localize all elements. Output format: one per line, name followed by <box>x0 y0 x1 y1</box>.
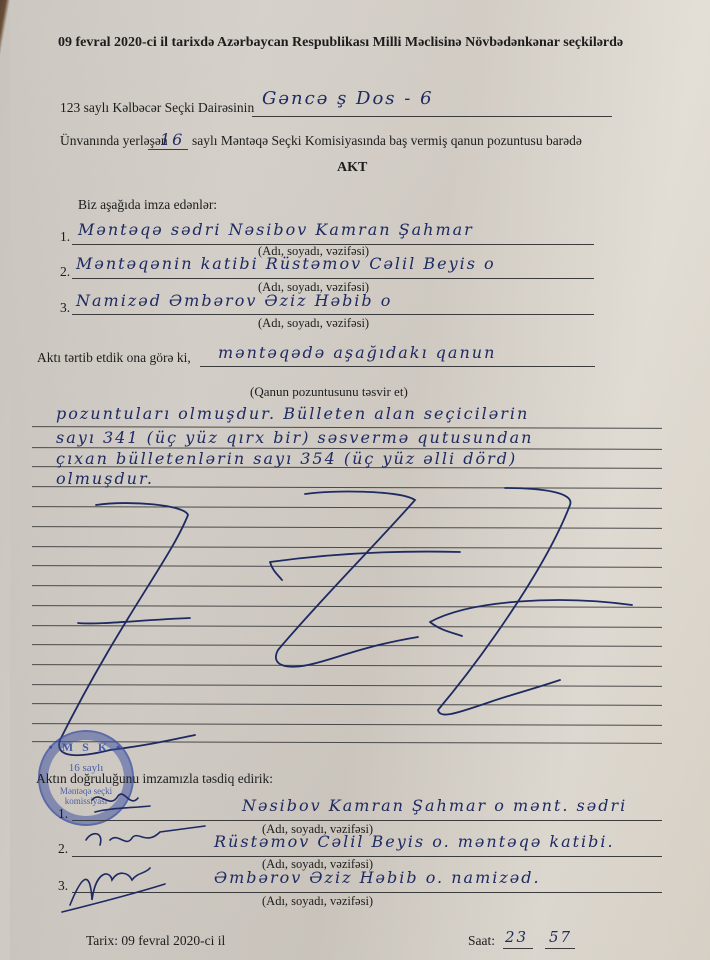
confirmer-3-value: Əmbərov Əziz Həbib o. namizəd. <box>214 868 541 887</box>
signers-intro: Biz aşağıda imza edənlər: <box>78 197 217 213</box>
confirmer-2-number: 2. <box>58 841 68 857</box>
violation-line-4: olmuşdur. <box>56 469 154 488</box>
time-hour: 23 <box>505 928 528 946</box>
precinct-underline <box>148 149 188 150</box>
reason-underline <box>200 366 595 367</box>
precinct-suffix: saylı Məntəqə Seçki Komisiyasında baş ve… <box>192 133 582 149</box>
confirmer-1-number: 1. <box>58 806 68 822</box>
signer-2-number: 2. <box>60 264 70 280</box>
district-value: Gəncə ş Dos - 6 <box>262 88 434 109</box>
confirmer-2-value: Rüstəmov Cəlil Beyis o. məntəqə katibi. <box>214 832 615 851</box>
signer-2-underline <box>72 278 594 279</box>
confirmer-3-underline <box>72 892 662 893</box>
confirmer-1-underline <box>72 820 662 821</box>
district-label: 123 saylı Kəlbəcər Seçki Dairəsinin <box>60 100 254 116</box>
signer-3-underline <box>72 314 594 315</box>
violation-line-3: çıxan bülletenlərin sayı 354 (üç yüz əll… <box>56 449 517 468</box>
time-minute-underline <box>545 948 575 949</box>
stamp-top-text: • M S K • <box>40 740 132 755</box>
confirmer-1-value: Nəsibov Kamran Şahmar o mənt. sədri <box>242 796 627 815</box>
akt-heading: AKT <box>337 160 367 176</box>
time-minute: 57 <box>549 928 572 946</box>
time-hour-underline <box>503 948 533 949</box>
signer-3-value: Namizəd Əmbərov Əziz Həbib o <box>76 291 392 310</box>
reason-label: Aktı tərtib etdik ona görə ki, <box>37 350 191 366</box>
violation-line-1: pozuntuları olmuşdur. Bülleten alan seçi… <box>56 404 529 423</box>
district-underline <box>252 116 612 117</box>
confirm-label: Aktın doğruluğunu imzamızla təsdiq ediri… <box>36 771 273 787</box>
stamp-bottom-text: Məntəqə seçki komissiyası <box>40 786 132 806</box>
violation-line-2: sayı 341 (üç yüz qırx bir) səsvermə qutu… <box>56 428 533 447</box>
signer-1-value: Məntəqə sədri Nəsibov Kamran Şahmar <box>78 220 474 239</box>
document-title: 09 fevral 2020-ci il tarixdə Azərbaycan … <box>58 35 623 51</box>
signer-1-number: 1. <box>60 229 70 245</box>
reason-value: məntəqədə aşağıdakı qanun <box>218 343 496 362</box>
confirmer-3-number: 3. <box>58 878 68 894</box>
precinct-prefix: Ünvanında yerləşən <box>60 133 168 149</box>
violation-caption: (Qanun pozuntusunu təsvir et) <box>250 384 408 400</box>
confirmer-3-caption: (Adı, soyadı, vəzifəsi) <box>262 894 373 909</box>
precinct-number: 16 <box>160 130 184 149</box>
signer-2-value: Məntəqənin katibi Rüstəmov Cəlil Beyis o <box>76 254 496 273</box>
signer-3-caption: (Adı, soyadı, vəzifəsi) <box>258 316 369 331</box>
date-label: Tarix: 09 fevral 2020-ci il <box>86 933 225 949</box>
signer-3-number: 3. <box>60 300 70 316</box>
time-label: Saat: <box>468 933 495 949</box>
